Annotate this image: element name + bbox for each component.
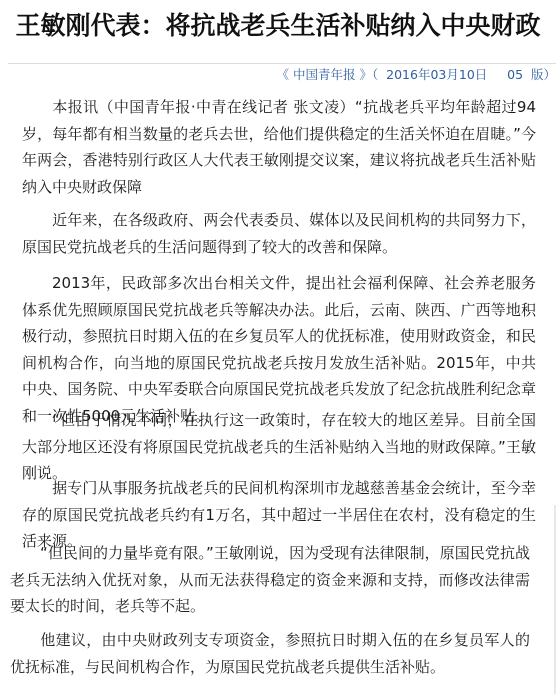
- paragraph-7: 他建议，由中央财政列支专项资金，参照抗日时期入伍的在乡复员军人的优抚标准，与民间…: [10, 627, 530, 680]
- paragraph-text: 他建议，由中央财政列支专项资金，参照抗日时期入伍的在乡复员军人的优抚标准，与民间…: [10, 631, 530, 676]
- paragraph-3: 2013年，民政部多次出台相关文件，提出社会福利保障、社会养老服务体系优先照顾原…: [22, 270, 536, 429]
- paragraph-text: 本报讯（中国青年报·中青在线记者 张文凌）“抗战老兵平均年龄超过94岁，每年都有…: [22, 98, 536, 196]
- paragraph-1: 本报讯（中国青年报·中青在线记者 张文凌）“抗战老兵平均年龄超过94岁，每年都有…: [22, 94, 536, 200]
- paragraph-2: 近年来，在各级政府、两会代表委员、媒体以及民间机构的共同努力下，原国民党抗战老兵…: [22, 207, 536, 260]
- article-title: 王敏刚代表：将抗战老兵生活补贴纳入中央财政: [0, 10, 556, 42]
- source-line[interactable]: 《 中国青年报 》（ 2016年03月10日 05 版）: [277, 67, 556, 83]
- paragraph-6: “但民间的力量毕竟有限。”王敏刚说，因为受现有法律限制，原国民党抗战老兵无法纳入…: [10, 540, 530, 620]
- paragraph-text: 2013年，民政部多次出台相关文件，提出社会福利保障、社会养老服务体系优先照顾原…: [22, 274, 536, 425]
- paragraph-text: 近年来，在各级政府、两会代表委员、媒体以及民间机构的共同努力下，原国民党抗战老兵…: [22, 211, 536, 256]
- paragraph-text: “但由于情况不同，在执行这一政策时，存在较大的地区差异。目前全国大部分地区还没有…: [22, 411, 536, 482]
- title-divider: [8, 63, 556, 64]
- paragraph-text: “但民间的力量毕竟有限。”王敏刚说，因为受现有法律限制，原国民党抗战老兵无法纳入…: [10, 544, 530, 615]
